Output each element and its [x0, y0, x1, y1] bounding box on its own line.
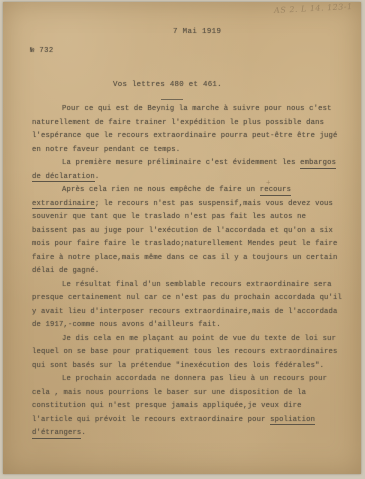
text-segment: Je dis cela en me plaçant au point de vu…: [32, 335, 338, 370]
text-segment: La première mesure préliminaire c'est év…: [62, 159, 300, 167]
subject-line: Vos lettres 480 et 461.: [113, 81, 222, 89]
text-segment: Après cela rien ne nous empêche de faire…: [62, 186, 260, 194]
text-segment: .: [81, 429, 86, 437]
paragraph: Le prochain accordada ne donnera pas lie…: [32, 373, 345, 441]
text-segment: .: [95, 173, 100, 181]
separator-dash: [161, 99, 183, 100]
paragraph: Après cela rien ne nous empêche de faire…: [32, 184, 345, 279]
scanned-letter: AS 2. L 14. 123-1 7 Mai 1919 № 732 Vos l…: [0, 0, 365, 479]
letter-paper: AS 2. L 14. 123-1 7 Mai 1919 № 732 Vos l…: [3, 2, 361, 474]
paragraph: Pour ce qui est de Beynig la marche à su…: [32, 103, 345, 157]
archival-pencil-note: AS 2. L 14. 123-1: [274, 2, 353, 15]
paragraph: La première mesure préliminaire c'est év…: [32, 157, 345, 184]
letter-body: Pour ce qui est de Beynig la marche à su…: [32, 103, 345, 441]
letter-date: 7 Mai 1919: [173, 28, 221, 36]
paragraph: Le résultat final d'un semblable recours…: [32, 279, 345, 333]
paragraph: Je dis cela en me plaçant au point de vu…: [32, 333, 345, 374]
text-segment: Pour ce qui est de Beynig la marche à su…: [32, 105, 338, 154]
text-segment: ; le recours n'est pas suspensif,mais vo…: [32, 200, 338, 276]
reference-number: № 732: [30, 47, 54, 55]
text-segment: Le résultat final d'un semblable recours…: [32, 281, 342, 330]
